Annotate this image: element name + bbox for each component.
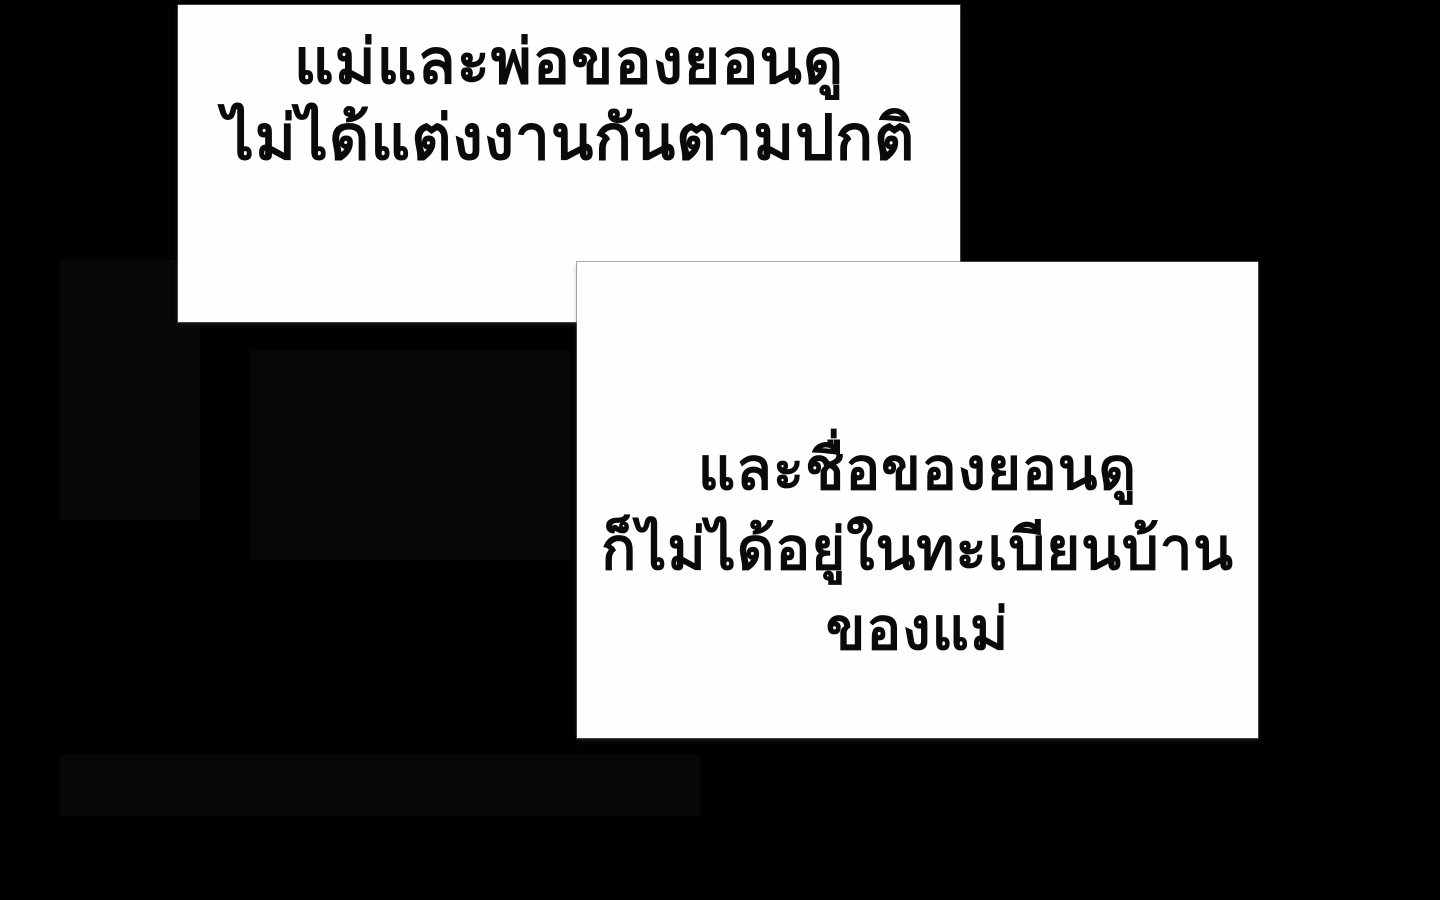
narration-line: ของแม่ [577,590,1258,670]
narration-line: ก็ไม่ได้อยู่ในทะเบียนบ้าน [577,510,1258,590]
background-ghost [250,350,570,560]
background-ghost [60,755,700,815]
comic-panel: แม่และพ่อของยอนดู ไม่ได้แต่งงานกันตามปกต… [0,0,1440,900]
narration-line: ไม่ได้แต่งงานกันตามปกติ [178,101,960,177]
narration-line: และชื่อของยอนดู [577,430,1258,510]
narration-box-bottom: และชื่อของยอนดู ก็ไม่ได้อยู่ในทะเบียนบ้า… [577,262,1258,738]
narration-line: แม่และพ่อของยอนดู [178,25,960,101]
